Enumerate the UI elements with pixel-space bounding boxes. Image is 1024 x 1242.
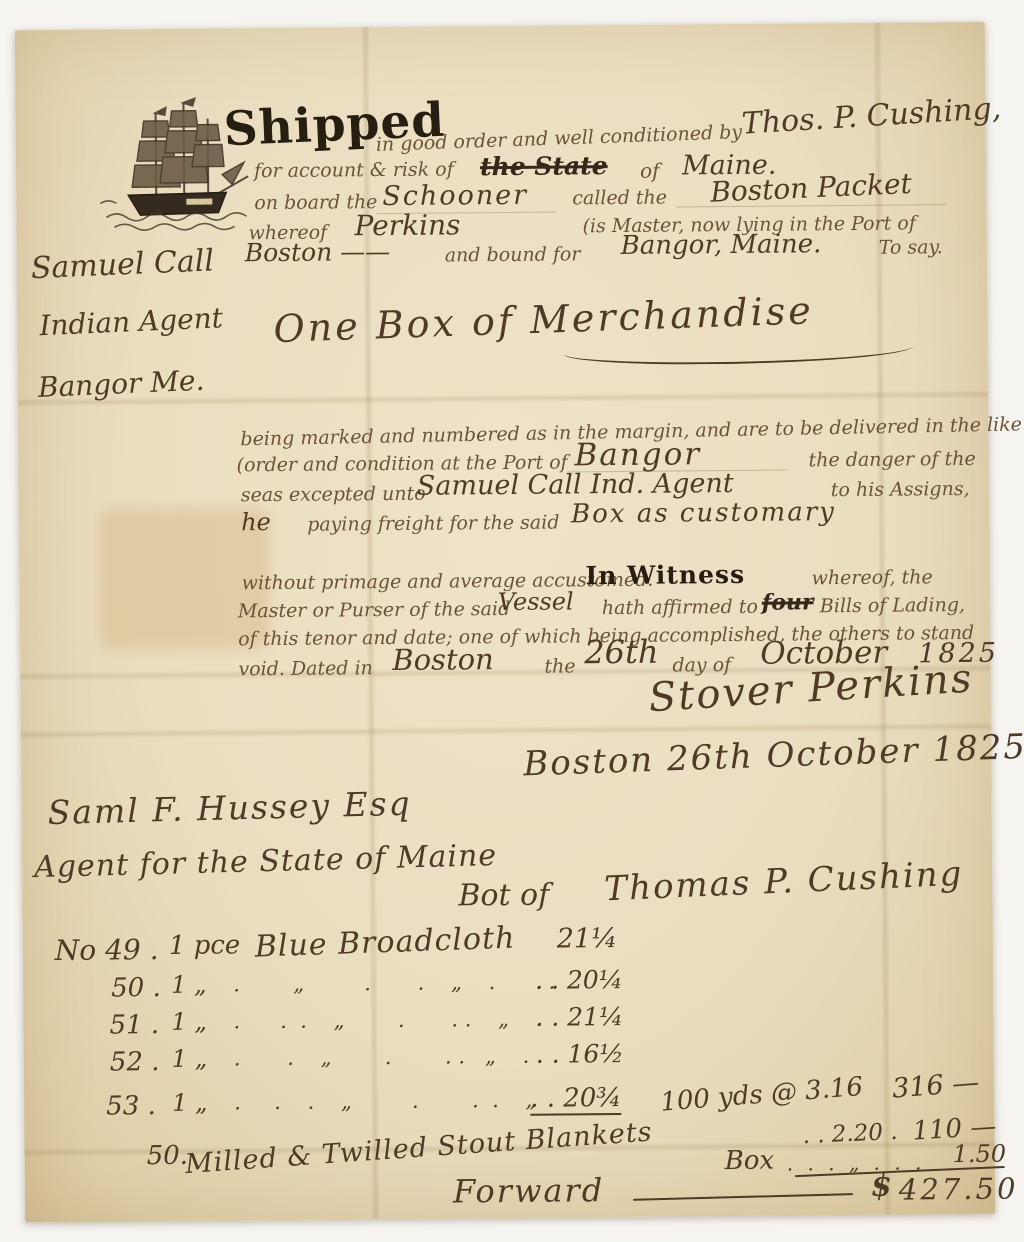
port-of-lading: Boston —— xyxy=(245,237,391,267)
row-yards: . . 16½ xyxy=(536,1039,624,1069)
terms1-line4-hand1: he xyxy=(241,508,271,536)
currency-sign: $ xyxy=(871,1169,892,1204)
row-qty: 1 „ xyxy=(171,1008,207,1036)
terms2-line2-print3: Bills of Lading, xyxy=(820,594,965,617)
margin-consignee-name: Samuel Call xyxy=(30,243,214,286)
row-ditto-marks: . „ . . „ . . . xyxy=(233,970,555,997)
in-witness-heading: In Witness xyxy=(585,560,745,590)
forward-label: Forward xyxy=(453,1171,605,1210)
forward-total: 427.50 xyxy=(899,1172,1019,1207)
row-yards: . . 20¼ xyxy=(535,965,623,995)
dated-day: 26th xyxy=(584,633,659,672)
struck-bill-count: four xyxy=(762,589,814,615)
row-yards: 21¼ xyxy=(557,923,618,955)
row-number: 53 . xyxy=(106,1091,156,1121)
row-qty: 1 „ xyxy=(171,971,207,999)
terms1-line2-end: the danger of the xyxy=(809,448,976,471)
freight-terms: Box as customary xyxy=(571,497,836,529)
row-yards: . . 21¼ xyxy=(535,1002,623,1032)
screenshot-root: { "form": { "shipped": "Shipped", "l1_pr… xyxy=(0,0,1024,1242)
bill-of-lading-paper: Shipped in good order and well condition… xyxy=(15,22,995,1222)
row-ditto-marks: . . . „ . . . „ . xyxy=(233,1007,542,1034)
destination-port: Bangor, Maine. xyxy=(621,229,822,261)
terms2-line2-print2: hath affirmed to xyxy=(602,596,758,619)
invoice-dateline: Boston 26th October 1825 xyxy=(523,727,1024,785)
margin-consignee-title: Indian Agent xyxy=(39,301,224,342)
row-number: 50 . xyxy=(111,973,161,1003)
row-number: 52 . xyxy=(110,1047,160,1077)
box-amount: 1.50 xyxy=(953,1140,1007,1168)
form-line2-print: for account & risk of xyxy=(254,158,454,182)
terms2-line1-end: whereof, the xyxy=(812,566,933,589)
invoice-row: No 49 . 1 pce Blue Broadcloth 21¼ xyxy=(23,920,993,968)
form-line5-print2: To say. xyxy=(879,236,943,259)
form-line3-print2: called the xyxy=(572,187,667,210)
flourish-underline xyxy=(564,334,914,365)
terms2-line2-print1: Master or Purser of the said xyxy=(238,598,510,622)
row-number: 51 . xyxy=(109,1010,159,1040)
dated-place: Boston xyxy=(392,642,494,677)
terms1-line4-print: paying freight for the said xyxy=(307,512,560,536)
vessel-word: Vessel xyxy=(498,587,574,616)
row-desc: Blue Broadcloth xyxy=(254,921,516,965)
consignee-inline: Samuel Call Ind. Agent xyxy=(417,468,734,502)
shipper-name: Thos. P. Cushing, xyxy=(741,91,1002,142)
row-ditto-marks: . . . „ . . . „ xyxy=(234,1088,536,1115)
row-number: No 49 . xyxy=(55,933,159,967)
blankets-number: 50. xyxy=(147,1141,189,1171)
terms1-line3-end: to his Assigns, xyxy=(831,478,970,501)
terms2-line4-print2: the xyxy=(544,655,575,677)
struck-the-state: the State xyxy=(480,151,608,181)
terms2-line4-print1: void. Dated in xyxy=(238,657,373,680)
box-label: Box xyxy=(725,1146,775,1176)
row-yards-underlined: . . 20¾ xyxy=(530,1083,622,1116)
blankets-rate: . . 2.20 . xyxy=(802,1119,898,1149)
row-qty: 1 „ xyxy=(172,1045,208,1073)
form-line2-of: of xyxy=(640,159,660,183)
row-qty: 1 pce xyxy=(169,930,241,961)
form-line5-print1: and bound for xyxy=(445,243,581,266)
row-qty: 1 „ xyxy=(172,1089,208,1117)
forward-dash xyxy=(633,1193,853,1201)
invoice-addressee: Saml F. Hussey Esq xyxy=(47,784,412,833)
invoice-seller: Thomas P. Cushing xyxy=(604,854,965,910)
terms1-line3-print: seas excepted unto xyxy=(241,483,426,507)
vessel-type: Schooner xyxy=(382,180,528,212)
invoice-addressee-title: Agent for the State of Maine xyxy=(34,838,498,885)
bought-of-label: Bot of xyxy=(458,878,549,914)
row-ditto-marks: . . „ . . . „ . xyxy=(234,1044,530,1071)
